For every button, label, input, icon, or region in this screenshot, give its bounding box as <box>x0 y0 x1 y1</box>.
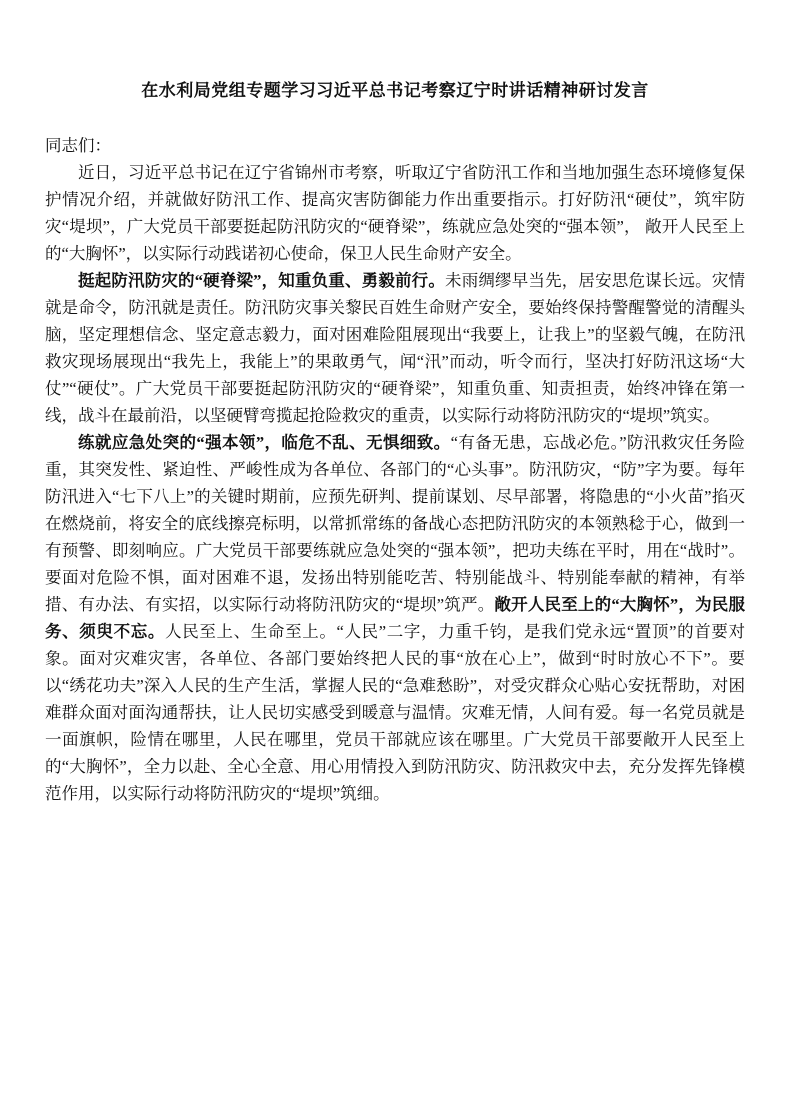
paragraph: 近日，习近平总书记在辽宁省锦州市考察，听取辽宁省防汛工作和当地加强生态环境修复保… <box>45 159 745 267</box>
document-title: 在水利局党组专题学习习近平总书记考察辽宁时讲话精神研讨发言 <box>45 76 745 106</box>
salutation: 同志们： <box>45 132 745 159</box>
text-run: 未雨绸缪早当先，居安思危谋长远。灾情就是命令，防汛就是责任。防汛防灾事关黎民百姓… <box>45 271 745 425</box>
paragraph: 练就应急处突的“强本领”，临危不乱、无惧细致。“有备无患，忘战必危。”防汛救灾任… <box>45 429 745 807</box>
document-body: 近日，习近平总书记在辽宁省锦州市考察，听取辽宁省防汛工作和当地加强生态环境修复保… <box>45 159 745 807</box>
text-run: “有备无患，忘战必危。”防汛救灾任务险重，其突发性、紧迫性、严峻性成为各单位、各… <box>45 433 745 614</box>
text-run: 人民至上、生命至上。“人民”二字，力重千钧，是我们党永远“置顶”的首要对象。面对… <box>45 622 745 803</box>
paragraph: 挺起防汛防灾的“硬脊梁”，知重负重、勇毅前行。未雨绸缪早当先，居安思危谋长远。灾… <box>45 267 745 429</box>
text-run: 近日，习近平总书记在辽宁省锦州市考察，听取辽宁省防汛工作和当地加强生态环境修复保… <box>45 163 745 263</box>
document-page: 在水利局党组专题学习习近平总书记考察辽宁时讲话精神研讨发言 同志们： 近日，习近… <box>0 0 790 1119</box>
bold-text-run: 挺起防汛防灾的“硬脊梁”，知重负重、勇毅前行。 <box>78 271 445 290</box>
bold-text-run: 练就应急处突的“强本领”，临危不乱、无惧细致。 <box>78 433 451 452</box>
